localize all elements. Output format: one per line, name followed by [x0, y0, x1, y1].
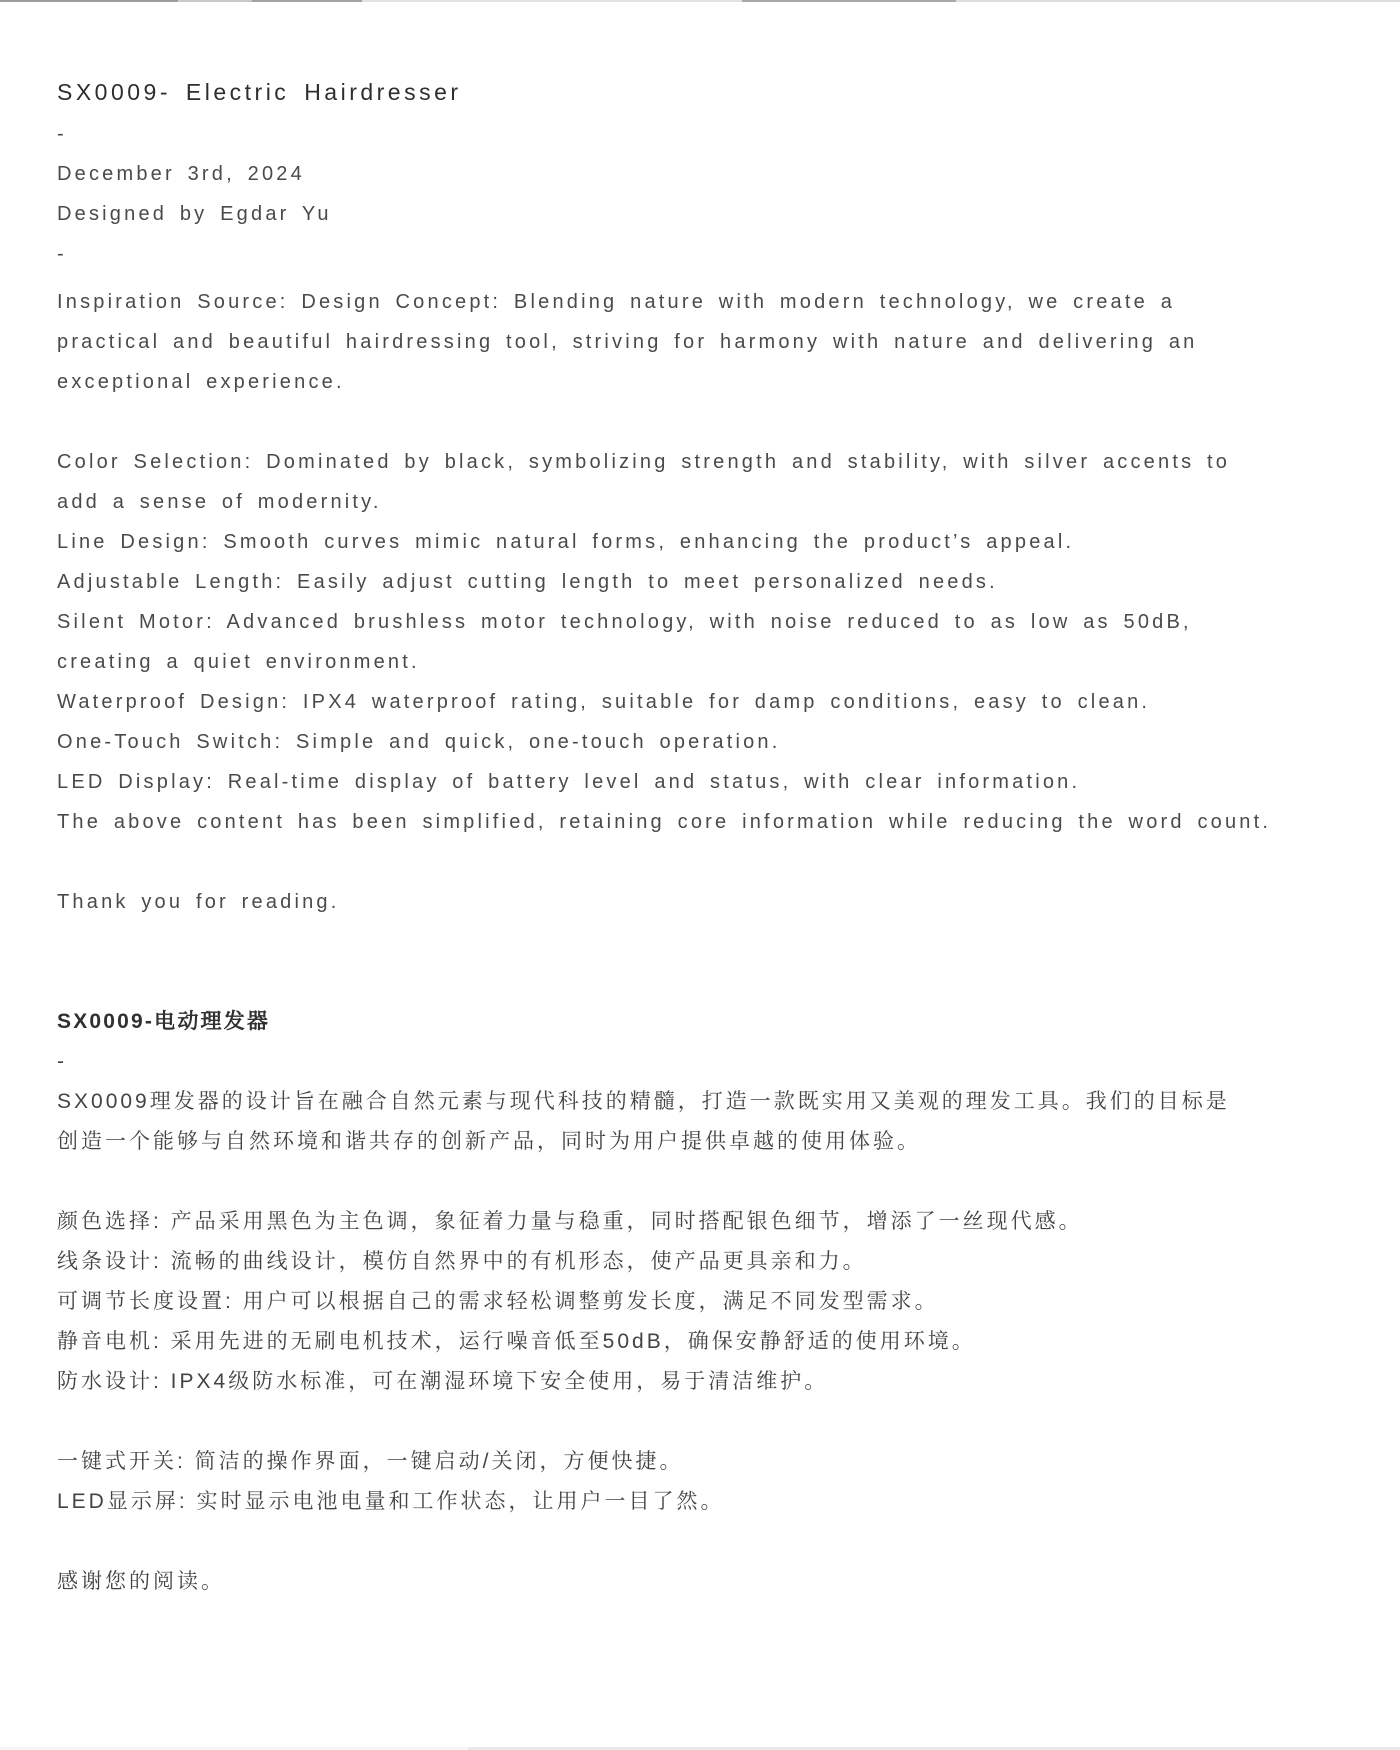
feature-line: Waterproof Design: IPX4 waterproof ratin…	[57, 682, 1340, 722]
divider-dash: -	[57, 1042, 1340, 1082]
document-date: December 3rd, 2024	[57, 154, 1340, 194]
blank-line	[57, 962, 1340, 1002]
blank-line	[57, 402, 1340, 442]
intro-line: practical and beautiful hairdressing too…	[57, 322, 1340, 362]
feature-line: 线条设计: 流畅的曲线设计，模仿自然界中的有机形态，使产品更具亲和力。	[57, 1242, 1340, 1282]
blank-line	[57, 922, 1340, 962]
feature-line: LED Display: Real-time display of batter…	[57, 762, 1340, 802]
document-author: Designed by Egdar Yu	[57, 194, 1340, 234]
document-title: SX0009- Electric Hairdresser	[57, 70, 1340, 114]
chinese-intro-paragraph: SX0009理发器的设计旨在融合自然元素与现代科技的精髓，打造一款既实用又美观的…	[57, 1082, 1340, 1162]
feature-line: 静音电机: 采用先进的无刷电机技术，运行噪音低至50dB，确保安静舒适的使用环境…	[57, 1322, 1340, 1362]
feature-line: LED显示屏: 实时显示电池电量和工作状态，让用户一目了然。	[57, 1482, 1340, 1522]
chinese-features: 颜色选择: 产品采用黑色为主色调，象征着力量与稳重，同时搭配银色细节，增添了一丝…	[57, 1202, 1340, 1402]
document: SX0009- Electric Hairdresser - December …	[0, 0, 1400, 1602]
feature-line: add a sense of modernity.	[57, 482, 1340, 522]
feature-line: 一键式开关: 简洁的操作界面，一键启动/关闭，方便快捷。	[57, 1442, 1340, 1482]
feature-line: Adjustable Length: Easily adjust cutting…	[57, 562, 1340, 602]
page-top-edge	[0, 0, 1400, 2]
intro-line: 创造一个能够与自然环境和谐共存的创新产品，同时为用户提供卓越的使用体验。	[57, 1122, 1340, 1162]
blank-line	[57, 1522, 1340, 1562]
intro-line: Inspiration Source: Design Concept: Blen…	[57, 282, 1340, 322]
english-intro-paragraph: Inspiration Source: Design Concept: Blen…	[57, 282, 1340, 402]
blank-line	[57, 1162, 1340, 1202]
chinese-section-title: SX0009-电动理发器	[57, 1002, 1340, 1042]
english-features: Color Selection: Dominated by black, sym…	[57, 442, 1340, 842]
feature-line: 颜色选择: 产品采用黑色为主色调，象征着力量与稳重，同时搭配银色细节，增添了一丝…	[57, 1202, 1340, 1242]
intro-line: exceptional experience.	[57, 362, 1340, 402]
divider-dash: -	[57, 234, 1340, 274]
feature-line: One-Touch Switch: Simple and quick, one-…	[57, 722, 1340, 762]
intro-line: SX0009理发器的设计旨在融合自然元素与现代科技的精髓，打造一款既实用又美观的…	[57, 1082, 1340, 1122]
feature-line: The above content has been simplified, r…	[57, 802, 1340, 842]
feature-line: Silent Motor: Advanced brushless motor t…	[57, 602, 1340, 642]
blank-line	[57, 842, 1340, 882]
divider-dash: -	[57, 114, 1340, 154]
chinese-extra-features: 一键式开关: 简洁的操作界面，一键启动/关闭，方便快捷。 LED显示屏: 实时显…	[57, 1442, 1340, 1522]
feature-line: creating a quiet environment.	[57, 642, 1340, 682]
feature-line: 可调节长度设置: 用户可以根据自己的需求轻松调整剪发长度，满足不同发型需求。	[57, 1282, 1340, 1322]
chinese-closing: 感谢您的阅读。	[57, 1562, 1340, 1602]
blank-line	[57, 1402, 1340, 1442]
english-closing: Thank you for reading.	[57, 882, 1340, 922]
feature-line: Color Selection: Dominated by black, sym…	[57, 442, 1340, 482]
feature-line: Line Design: Smooth curves mimic natural…	[57, 522, 1340, 562]
feature-line: 防水设计: IPX4级防水标准，可在潮湿环境下安全使用，易于清洁维护。	[57, 1362, 1340, 1402]
